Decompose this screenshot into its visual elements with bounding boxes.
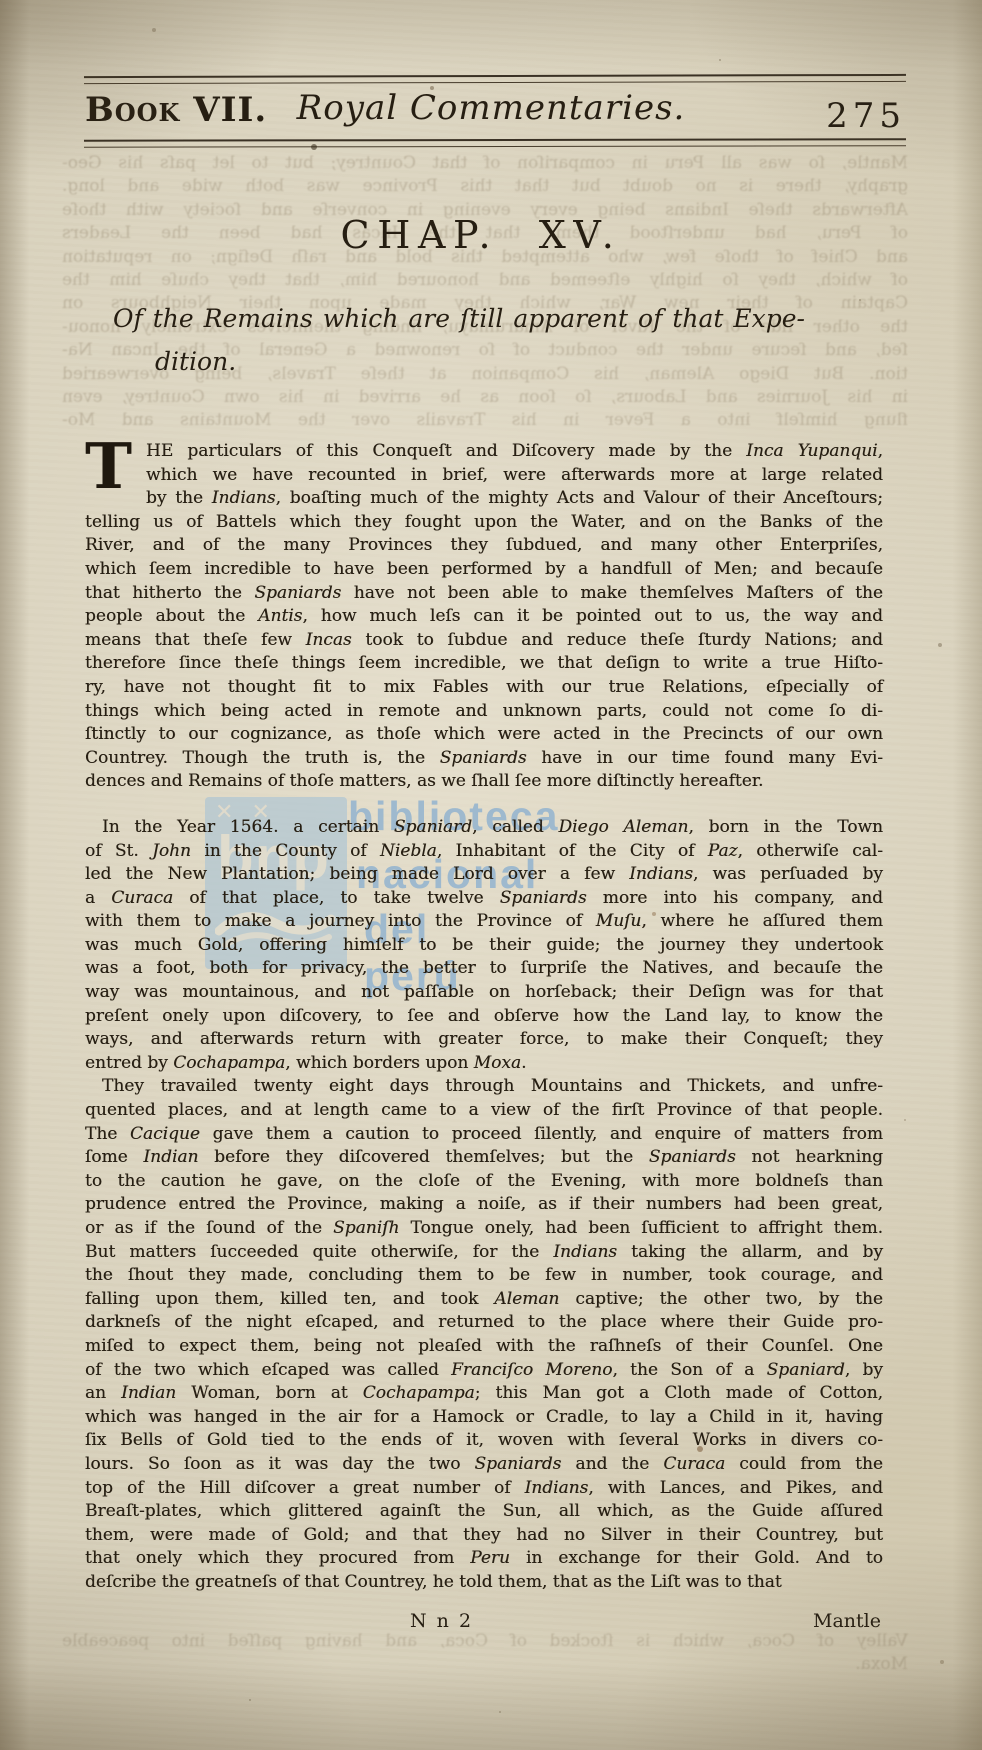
- chapter-subtitle: Of the Remains which are ſtill apparent …: [113, 297, 805, 383]
- body-line: which was hanged in the air for a Hamock…: [85, 1406, 883, 1430]
- body-line: by the Indians, boaſting much of the mig…: [85, 487, 883, 511]
- chapter-subtitle-line: dition.: [113, 340, 805, 383]
- body-line: falling upon them, killed ten, and took …: [85, 1288, 883, 1312]
- body-line: HE particulars of this Conqueſt and Diſc…: [85, 440, 883, 464]
- body-line: or as if the ſound of the Spaniſh Tongue…: [85, 1217, 883, 1241]
- body-line: with them to make a journey into the Pro…: [85, 910, 883, 934]
- body-line: which ſeem incredible to have been perfo…: [85, 558, 883, 582]
- body-line: therefore ſince theſe things ſeem incred…: [85, 652, 883, 676]
- header-bottom-rule: [84, 138, 906, 147]
- body-line: River, and of the many Provinces they ſu…: [85, 534, 883, 558]
- body-line: Breaſt-plates, which glittered againſt t…: [85, 1500, 883, 1524]
- signature-mark: N n 2: [410, 1610, 473, 1632]
- body-line: was a foot, both for privacy, the better…: [85, 957, 883, 981]
- body-line: darkneſs of the night eſcaped, and retur…: [85, 1311, 883, 1335]
- paragraph: THE particulars of this Conqueſt and Diſ…: [85, 440, 883, 794]
- body-text: THE particulars of this Conqueſt and Diſ…: [85, 440, 883, 1595]
- paper-specks: [0, 0, 4, 4]
- body-line: people about the Antis, how much leſs ca…: [85, 605, 883, 629]
- bleedthrough-line: flung himſelf into a Fever in his Travai…: [62, 409, 908, 432]
- body-line: ſix Bells of Gold tied to the ends of it…: [85, 1429, 883, 1453]
- signature-row: N n 2 Mantle: [85, 1610, 883, 1636]
- body-line: ry, have not thought fit to mix Fables w…: [85, 676, 883, 700]
- body-line: to the caution he gave, on the cloſe of …: [85, 1170, 883, 1194]
- scanned-book-page: Mantle, ſo was all Peru in compariſon of…: [0, 0, 982, 1750]
- body-line: of the two which eſcaped was called Fran…: [85, 1359, 883, 1383]
- page-number: 275: [826, 96, 906, 136]
- body-line: But matters ſucceeded quite otherwiſe, f…: [85, 1241, 883, 1265]
- body-line: an Indian Woman, born at Cochapampa; thi…: [85, 1382, 883, 1406]
- body-line: quented places, and at length came to a …: [85, 1099, 883, 1123]
- body-line: ſtinctly to our cognizance, as thoſe whi…: [85, 723, 883, 747]
- body-line: that hitherto the Spaniards have not bee…: [85, 582, 883, 606]
- body-line: ways, and afterwards return with greater…: [85, 1028, 883, 1052]
- body-line: of St. John in the County of Niebla, Inh…: [85, 840, 883, 864]
- body-line: telling us of Battels which they fought …: [85, 511, 883, 535]
- body-line: prudence entred the Province, making a n…: [85, 1193, 883, 1217]
- body-line: that onely which they procured from Peru…: [85, 1547, 883, 1571]
- bleedthrough-line: of which, they ſo highly eſteemed and ho…: [62, 269, 908, 292]
- body-line: The Cacique gave them a caution to proce…: [85, 1123, 883, 1147]
- body-line: dences and Remains of thoſe matters, as …: [85, 770, 883, 794]
- body-line: preſent onely upon diſcovery, to ſee and…: [85, 1005, 883, 1029]
- body-line: In the Year 1564. a certain Spaniard, ca…: [85, 816, 883, 840]
- body-line: was much Gold, offering himſelf to be th…: [85, 934, 883, 958]
- body-line: which we have recounted in brief, were a…: [85, 464, 883, 488]
- bleedthrough-line: graphy, there is no doubt but that this …: [62, 175, 908, 198]
- body-line: They travailed twenty eight days through…: [85, 1075, 883, 1099]
- catchword: Mantle: [813, 1610, 881, 1632]
- body-line: ſome Indian before they diſcovered themſ…: [85, 1146, 883, 1170]
- body-line: things which being acted in remote and u…: [85, 700, 883, 724]
- body-line: led the New Plantation; being made Lord …: [85, 863, 883, 887]
- body-line: miſed to expect them, being not pleaſed …: [85, 1335, 883, 1359]
- bleedthrough-line: Mantle, ſo was all Peru in compariſon of…: [62, 152, 908, 175]
- paragraph: They travailed twenty eight days through…: [85, 1075, 883, 1594]
- body-line: a Curaca of that place, to take twelve S…: [85, 887, 883, 911]
- book-label: Book VII.: [85, 90, 267, 130]
- bleedthrough-line: Moxa.: [62, 1653, 908, 1676]
- body-line: them, were made of Gold; and that they h…: [85, 1524, 883, 1548]
- body-line: lours. So ſoon as it was day the two Spa…: [85, 1453, 883, 1477]
- paragraph: In the Year 1564. a certain Spaniard, ca…: [85, 816, 883, 1076]
- drop-cap-letter: T: [85, 443, 139, 491]
- body-line: way was mountainous, and not paſſable on…: [85, 981, 883, 1005]
- chapter-heading: CHAP. XV.: [0, 213, 962, 257]
- body-line: deſcribe the greatneſs of that Countrey,…: [85, 1571, 883, 1595]
- body-line: entred by Cochapampa, which borders upon…: [85, 1052, 883, 1076]
- body-line: Countrey. Though the truth is, the Spani…: [85, 747, 883, 771]
- body-line: the ſhout they made, concluding them to …: [85, 1264, 883, 1288]
- chapter-subtitle-line: Of the Remains which are ſtill apparent …: [113, 297, 805, 340]
- body-line: top of the Hill diſcover a great number …: [85, 1477, 883, 1501]
- body-line: means that theſe few Incas took to ſubdu…: [85, 629, 883, 653]
- bleedthrough-top: Mantle, ſo was all Peru in compariſon of…: [62, 152, 908, 433]
- bleedthrough-line: in his Journies and Labours, ſo ſoon as …: [62, 386, 908, 409]
- bleedthrough-bottom: Valley of Coca, which is ſtocked of Coca…: [62, 1630, 908, 1677]
- header-top-rule: [84, 74, 906, 84]
